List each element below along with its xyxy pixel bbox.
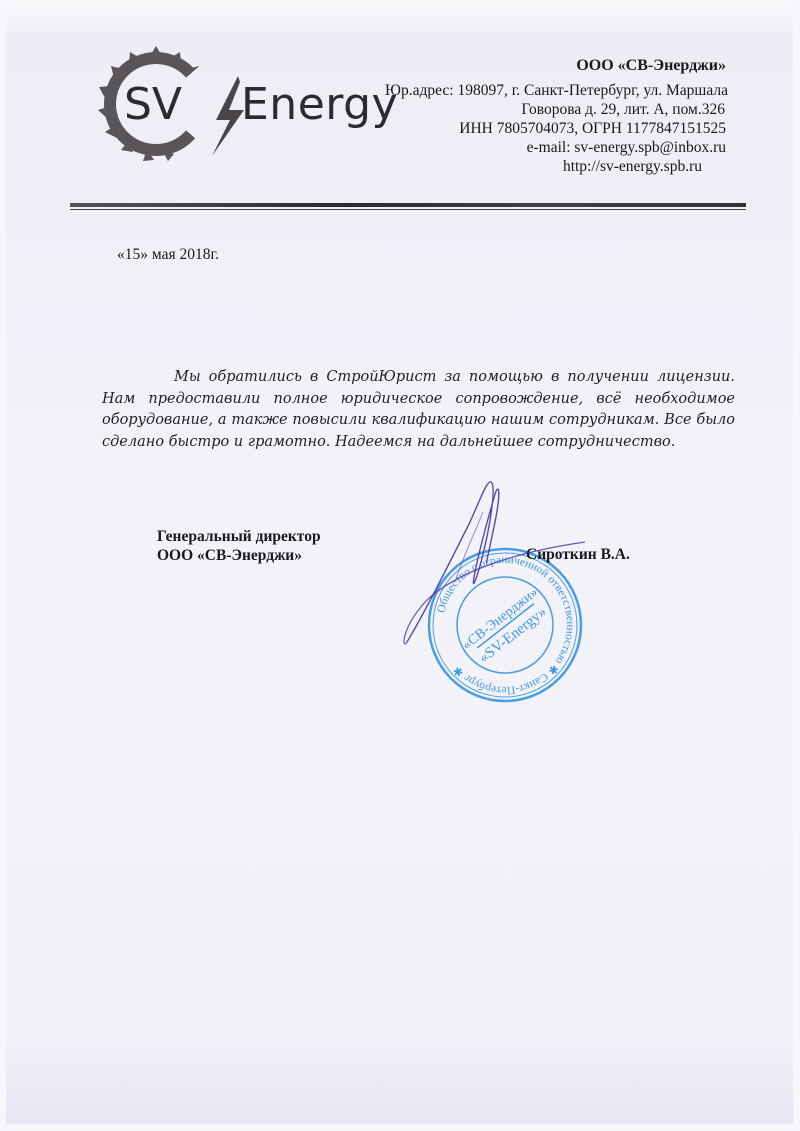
letter-body: Мы обратились в СтройЮрист за помощью в …	[102, 367, 735, 453]
signatory-company: ООО «СВ-Энерджи»	[157, 546, 321, 565]
logo-mark: SV	[124, 83, 182, 127]
inn-ogrn: ИНН 7805704073, ОГРН 1177847151525	[385, 119, 726, 138]
company-logo: SV Energy	[96, 44, 396, 164]
handwritten-signature	[395, 472, 595, 652]
company-website: http://sv-energy.spb.ru	[385, 157, 702, 176]
company-email: e-mail: sv-energy.spb@inbox.ru	[385, 138, 726, 157]
legal-address-line1: Юр.адрес: 198097, г. Санкт-Петербург, ул…	[385, 81, 728, 100]
signatory-title: Генеральный директор ООО «СВ-Энерджи»	[157, 527, 321, 565]
letter-date: «15» мая 2018г.	[117, 246, 219, 264]
signatory-position: Генеральный директор	[157, 527, 321, 546]
company-name: ООО «СВ-Энерджи»	[385, 56, 726, 75]
legal-address-line2: Говорова д. 29, лит. А, пом.326	[385, 100, 725, 119]
header-divider	[70, 203, 746, 210]
logo-wordmark: Energy	[241, 83, 398, 127]
company-requisites: ООО «СВ-Энерджи» Юр.адрес: 198097, г. Са…	[385, 56, 726, 176]
scan-top-margin	[6, 0, 793, 34]
